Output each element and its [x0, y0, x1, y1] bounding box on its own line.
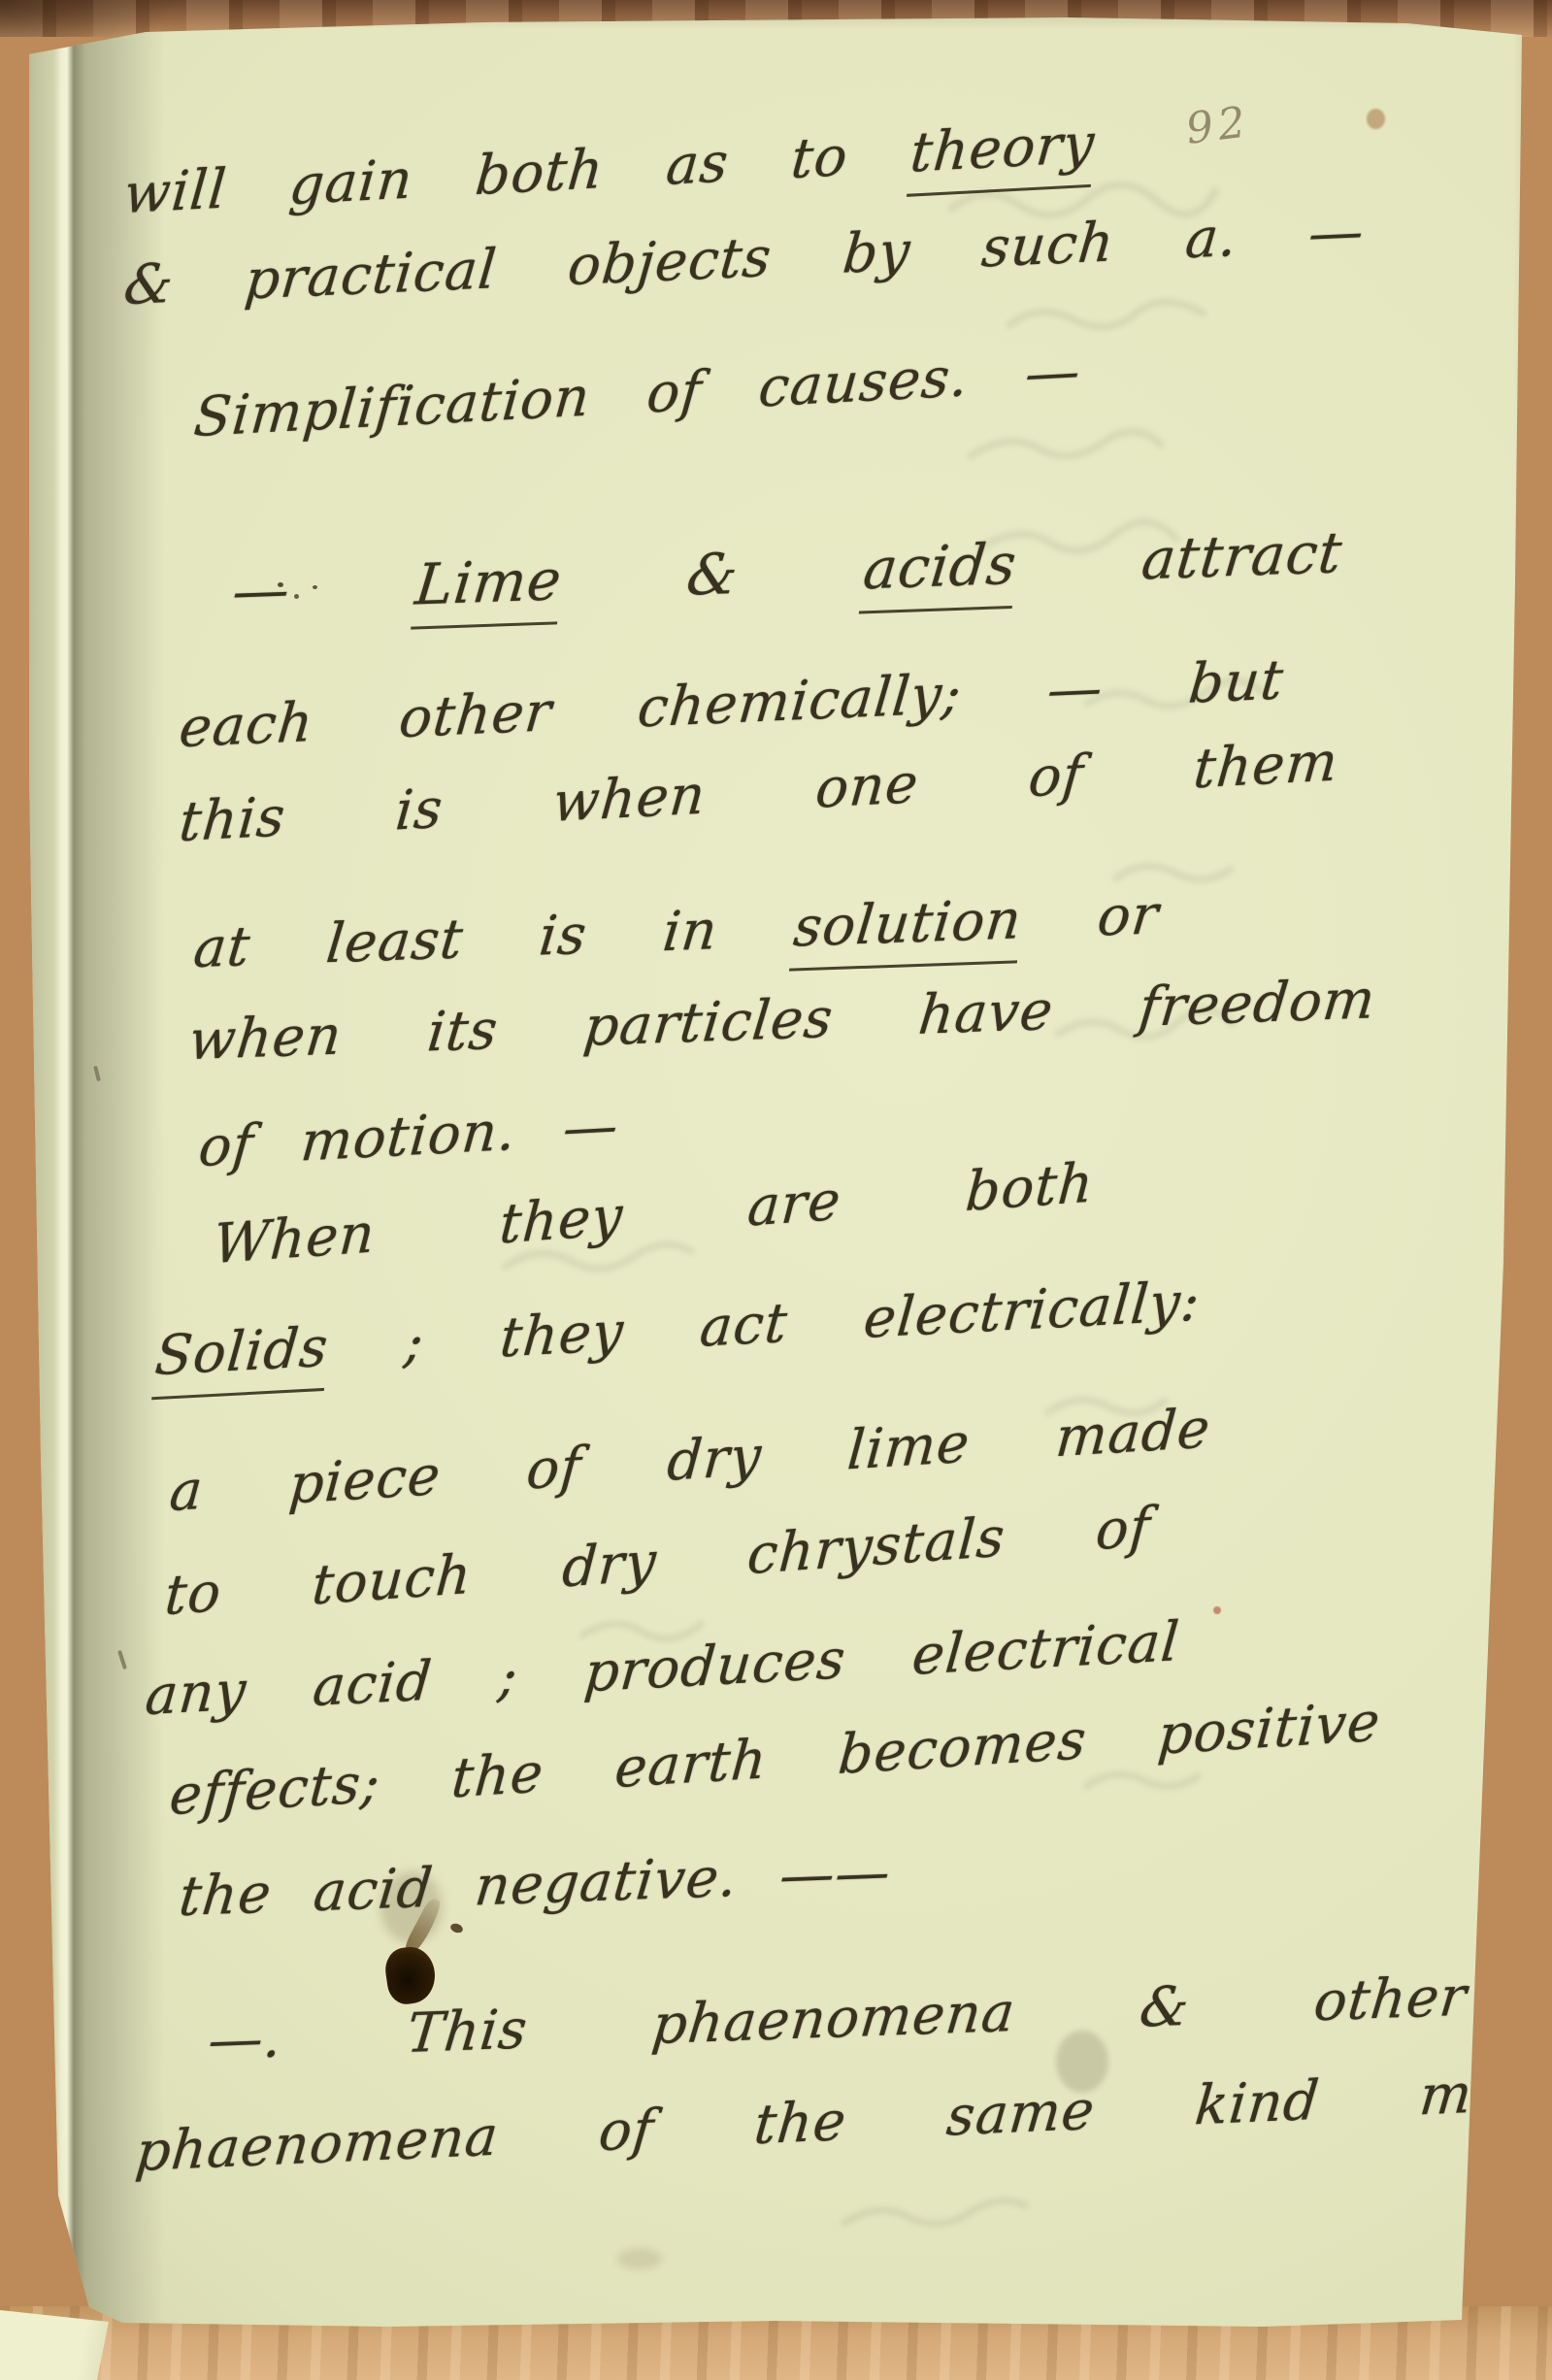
manuscript-lines: will gain both as to theory& practical o… [0, 0, 1552, 2380]
manuscript-line: Solids ; they act electrically: [152, 1270, 1203, 1388]
handwritten-text: to touch dry chrystals of [163, 1496, 1153, 1628]
handwritten-text: or [1018, 883, 1162, 951]
manuscript-line: to touch dry chrystals of [163, 1496, 1153, 1628]
manuscript-line: of motion. — [196, 1094, 621, 1179]
handwritten-text: the acid negative. —— [177, 1840, 894, 1929]
underlined-word: acids [859, 531, 1020, 614]
handwritten-text: attract [1013, 519, 1346, 597]
manuscript-line: at least is in solution or [191, 883, 1163, 980]
underlined-word: theory [907, 112, 1097, 196]
handwritten-text: ; they act electrically: [325, 1270, 1203, 1378]
manuscript-line: the acid negative. —— [177, 1840, 894, 1929]
underlined-word: Lime [411, 546, 565, 630]
manuscript-line: phaenomena of the same kind may [133, 2060, 1540, 2184]
manuscript-line: & practical objects by such a. — [121, 200, 1368, 317]
manuscript-line: any acid ; produces electrical [143, 1610, 1182, 1728]
handwritten-text: of motion. — [196, 1094, 621, 1179]
handwritten-text: & practical objects by such a. — [121, 200, 1368, 317]
ink-blot [386, 1939, 437, 2003]
handwritten-text: at least is in [191, 896, 798, 980]
manuscript-line: — Lime & acids attract [229, 519, 1345, 624]
handwritten-text: any acid ; produces electrical [143, 1610, 1182, 1728]
manuscript-line: will gain both as to theory [121, 112, 1098, 226]
handwritten-text: phaenomena of the same kind may [133, 2060, 1540, 2184]
handwritten-text: — [229, 551, 419, 624]
manuscript-line: when its particles have freedom [186, 968, 1379, 1073]
handwritten-text: & [558, 536, 868, 612]
handwritten-text: will gain both as to [121, 121, 913, 226]
photograph-scene: 92 will gain both as to theory& practica… [0, 0, 1552, 2380]
manuscript-page: 92 will gain both as to theory& practica… [0, 0, 1552, 2380]
manuscript-line: Simplification of causes. — [191, 340, 1083, 449]
ink-blot-body [382, 1944, 439, 2006]
handwritten-text: Simplification of causes. — [191, 340, 1083, 449]
underlined-word: Solids [151, 1315, 331, 1400]
underlined-word: solution [789, 888, 1025, 972]
handwritten-text: when its particles have freedom [186, 968, 1379, 1073]
